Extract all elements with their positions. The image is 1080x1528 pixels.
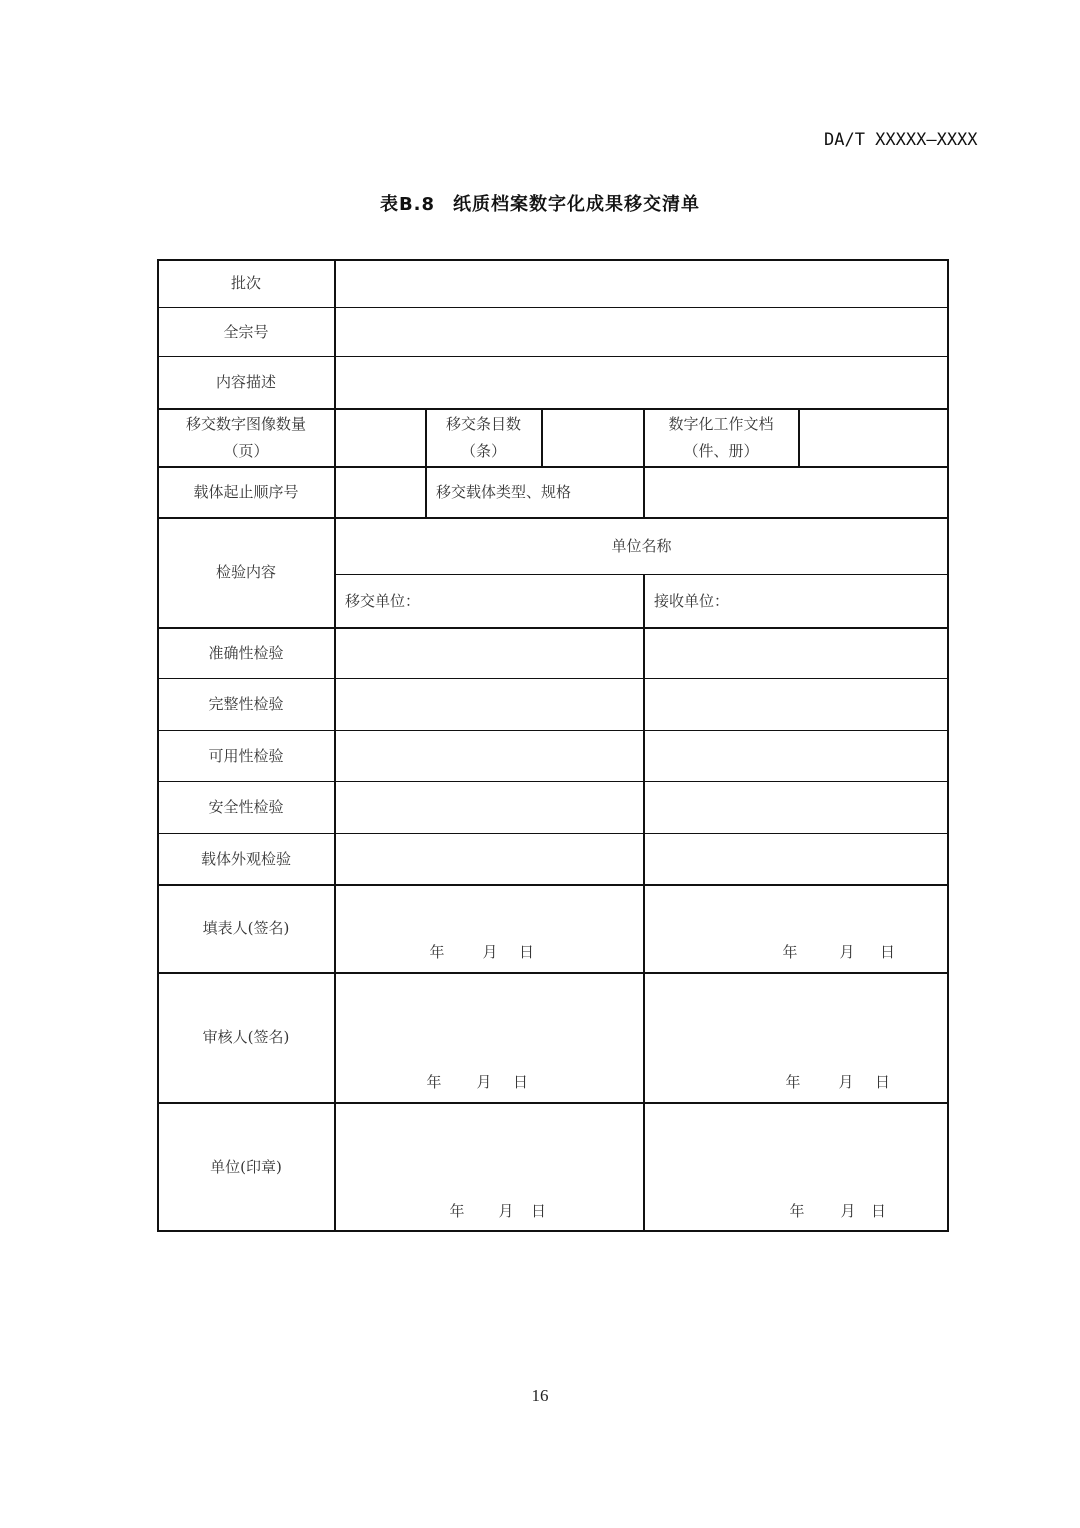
center-column-divider xyxy=(643,574,645,1232)
year-label: 年 xyxy=(769,1198,825,1225)
table-title: 表B.8纸质档案数字化成果移交清单 xyxy=(0,190,1080,216)
day-label: 日 xyxy=(880,939,895,966)
transfer-checklist-form: 批次 全宗号 内容描述 移交数字图像数量 （页） 移交条目数 （条） 数字化工作… xyxy=(157,259,949,1232)
completeness-check-transfer-field[interactable] xyxy=(334,678,644,731)
day-label: 日 xyxy=(871,1198,886,1225)
month-label: 月 xyxy=(817,1069,875,1096)
security-check-label: 安全性检验 xyxy=(157,781,335,834)
day-label: 日 xyxy=(513,1069,528,1096)
content-description-label: 内容描述 xyxy=(157,356,335,409)
row-divider xyxy=(157,884,949,886)
date-line: 年 月 日 xyxy=(769,1069,890,1096)
row-divider xyxy=(157,1102,949,1104)
unit-seal-receive-field[interactable]: 年 月 日 xyxy=(643,1102,949,1232)
preparer-transfer-signature-field[interactable]: 年 月 日 xyxy=(334,884,644,973)
date-line: 年 月 日 xyxy=(766,939,895,966)
carrier-sequence-label: 载体起止顺序号 xyxy=(157,466,335,518)
unit-seal-transfer-field[interactable]: 年 月 日 xyxy=(334,1102,644,1232)
batch-field[interactable] xyxy=(334,259,949,308)
usability-check-transfer-field[interactable] xyxy=(334,730,644,782)
fonds-number-field[interactable] xyxy=(334,307,949,357)
inspection-content-label: 检验内容 xyxy=(157,517,335,628)
accuracy-check-transfer-field[interactable] xyxy=(334,627,644,679)
unit-seal-label: 单位(印章) xyxy=(157,1102,335,1232)
column-divider xyxy=(643,408,645,518)
carrier-appearance-check-receive-field[interactable] xyxy=(643,833,949,885)
reviewer-receive-signature-field[interactable]: 年 月 日 xyxy=(643,972,949,1103)
carrier-type-field[interactable] xyxy=(643,466,949,518)
preparer-receive-signature-field[interactable]: 年 月 日 xyxy=(643,884,949,973)
day-label: 日 xyxy=(531,1198,546,1225)
row-divider xyxy=(157,627,949,629)
carrier-sequence-field[interactable] xyxy=(334,466,426,518)
day-label: 日 xyxy=(519,939,534,966)
image-count-field[interactable] xyxy=(334,408,426,467)
column-divider xyxy=(541,408,543,467)
label-column-divider xyxy=(334,259,336,1232)
carrier-appearance-check-transfer-field[interactable] xyxy=(334,833,644,885)
unit-name-header: 单位名称 xyxy=(334,517,949,575)
table-number: 表B.8 xyxy=(380,194,435,215)
entry-count-label: 移交条目数 （条） xyxy=(425,408,542,467)
column-divider xyxy=(798,408,800,467)
accuracy-check-label: 准确性检验 xyxy=(157,627,335,679)
page-number: 16 xyxy=(0,1386,1080,1406)
work-docs-label-line1: 数字化工作文档 xyxy=(668,411,773,438)
day-label: 日 xyxy=(875,1069,890,1096)
row-divider xyxy=(157,972,949,974)
content-description-field[interactable] xyxy=(334,356,949,409)
date-line: 年 月 日 xyxy=(413,939,534,966)
row-divider xyxy=(157,517,949,519)
month-label: 月 xyxy=(481,1198,531,1225)
receive-unit-field[interactable]: 接收单位： xyxy=(643,574,949,628)
year-label: 年 xyxy=(769,1069,817,1096)
image-count-label-line2: （页） xyxy=(223,438,268,465)
carrier-type-label: 移交载体类型、规格 xyxy=(425,466,644,518)
entry-count-field[interactable] xyxy=(541,408,644,467)
entry-count-label-line2: （条） xyxy=(461,438,506,465)
work-docs-field[interactable] xyxy=(798,408,949,467)
fonds-number-label: 全宗号 xyxy=(157,307,335,357)
date-line: 年 月 日 xyxy=(433,1198,546,1225)
usability-check-receive-field[interactable] xyxy=(643,730,949,782)
usability-check-label: 可用性检验 xyxy=(157,730,335,782)
accuracy-check-receive-field[interactable] xyxy=(643,627,949,679)
date-line: 年 月 日 xyxy=(769,1198,886,1225)
month-label: 月 xyxy=(461,939,519,966)
image-count-label-line1: 移交数字图像数量 xyxy=(186,411,306,438)
year-label: 年 xyxy=(433,1198,481,1225)
security-check-receive-field[interactable] xyxy=(643,781,949,834)
carrier-appearance-check-label: 载体外观检验 xyxy=(157,833,335,885)
year-label: 年 xyxy=(413,939,461,966)
entry-count-label-line1: 移交条目数 xyxy=(446,411,521,438)
date-line: 年 月 日 xyxy=(413,1069,528,1096)
completeness-check-label: 完整性检验 xyxy=(157,678,335,731)
security-check-transfer-field[interactable] xyxy=(334,781,644,834)
month-label: 月 xyxy=(455,1069,513,1096)
table-title-text: 纸质档案数字化成果移交清单 xyxy=(453,194,700,215)
row-divider xyxy=(157,408,949,410)
work-docs-label-line2: （件、册） xyxy=(683,438,758,465)
year-label: 年 xyxy=(413,1069,455,1096)
work-docs-label: 数字化工作文档 （件、册） xyxy=(643,408,799,467)
row-divider xyxy=(157,466,949,468)
column-divider xyxy=(425,408,427,518)
month-label: 月 xyxy=(825,1198,871,1225)
transfer-unit-field[interactable]: 移交单位： xyxy=(334,574,644,628)
year-label: 年 xyxy=(766,939,814,966)
month-label: 月 xyxy=(814,939,880,966)
standard-code: DA/T XXXXX—XXXX xyxy=(824,130,978,150)
reviewer-transfer-signature-field[interactable]: 年 月 日 xyxy=(334,972,644,1103)
image-count-label: 移交数字图像数量 （页） xyxy=(157,408,335,467)
preparer-signature-label: 填表人(签名) xyxy=(157,884,335,973)
reviewer-signature-label: 审核人(签名) xyxy=(157,972,335,1103)
completeness-check-receive-field[interactable] xyxy=(643,678,949,731)
batch-label: 批次 xyxy=(157,259,335,308)
